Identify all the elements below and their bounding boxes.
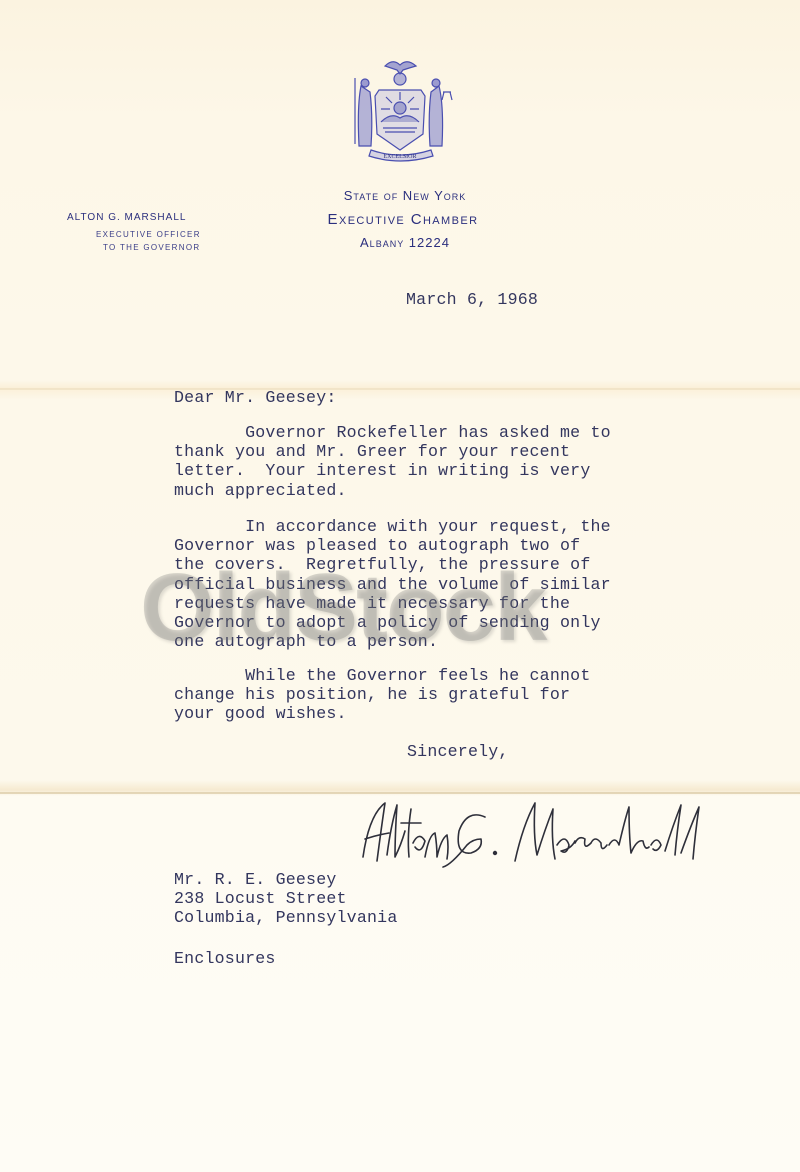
fold-line-upper [0, 388, 800, 390]
sender-title-line2: TO THE GOVERNOR [103, 243, 200, 252]
letter-paragraph-2: In accordance with your request, the Gov… [174, 517, 611, 651]
handwritten-signature: Alton G. Marshall [355, 795, 715, 870]
letter-closing: Sincerely, [407, 742, 509, 761]
letterhead-city: Albany 12224 [330, 235, 480, 250]
letter-salutation: Dear Mr. Geesey: [174, 388, 337, 407]
enclosure-note: Enclosures [174, 949, 276, 968]
recipient-street: 238 Locust Street [174, 889, 347, 908]
fold-line-lower [0, 792, 800, 794]
letter-date: March 6, 1968 [406, 290, 538, 309]
sender-title-line1: EXECUTIVE OFFICER [96, 230, 201, 239]
svg-text:EXCELSIOR: EXCELSIOR [384, 154, 417, 160]
letter-paragraph-1: Governor Rockefeller has asked me to tha… [174, 423, 611, 500]
recipient-city: Columbia, Pennsylvania [174, 908, 397, 927]
recipient-name: Mr. R. E. Geesey [174, 870, 337, 889]
letter-paragraph-3: While the Governor feels he cannot chang… [174, 666, 590, 724]
recipient-address: Mr. R. E. Geesey 238 Locust Street Colum… [174, 870, 397, 928]
new-york-state-seal-icon: EXCELSIOR [343, 56, 458, 164]
letterhead-state: State of New York [320, 188, 490, 203]
sender-name: ALTON G. MARSHALL [67, 212, 186, 223]
letterhead-office: Executive Chamber [306, 211, 500, 228]
